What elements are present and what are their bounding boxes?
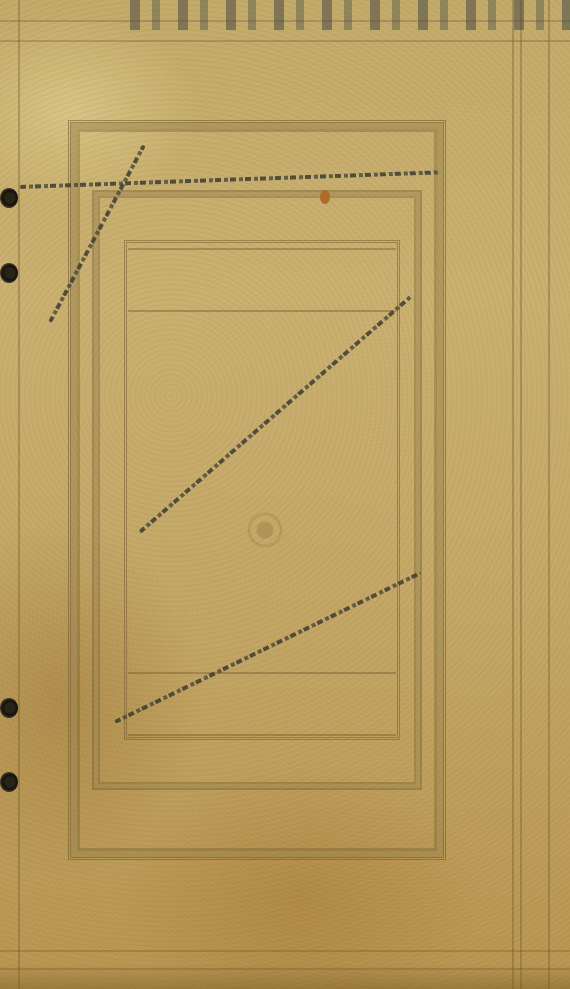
bottom-rule (0, 950, 570, 952)
panel-top-band (128, 248, 396, 312)
bottom-edge-wear (0, 964, 570, 989)
right-edge-rule (512, 0, 514, 989)
top-rule (0, 40, 570, 42)
central-rosette-ornament (235, 500, 295, 560)
right-edge-rule (548, 0, 550, 989)
top-edge-stain (130, 0, 570, 30)
clasp-hole (0, 263, 18, 283)
clasp-hole (0, 188, 18, 208)
panel-bottom-band (128, 672, 396, 736)
inner-panel-frame (124, 240, 400, 740)
right-edge-rule (520, 0, 522, 989)
clasp-hole (0, 698, 18, 718)
left-edge-rule (18, 0, 20, 989)
clasp-hole (0, 772, 18, 792)
rust-spot (320, 190, 330, 204)
book-cover-photo (0, 0, 570, 989)
